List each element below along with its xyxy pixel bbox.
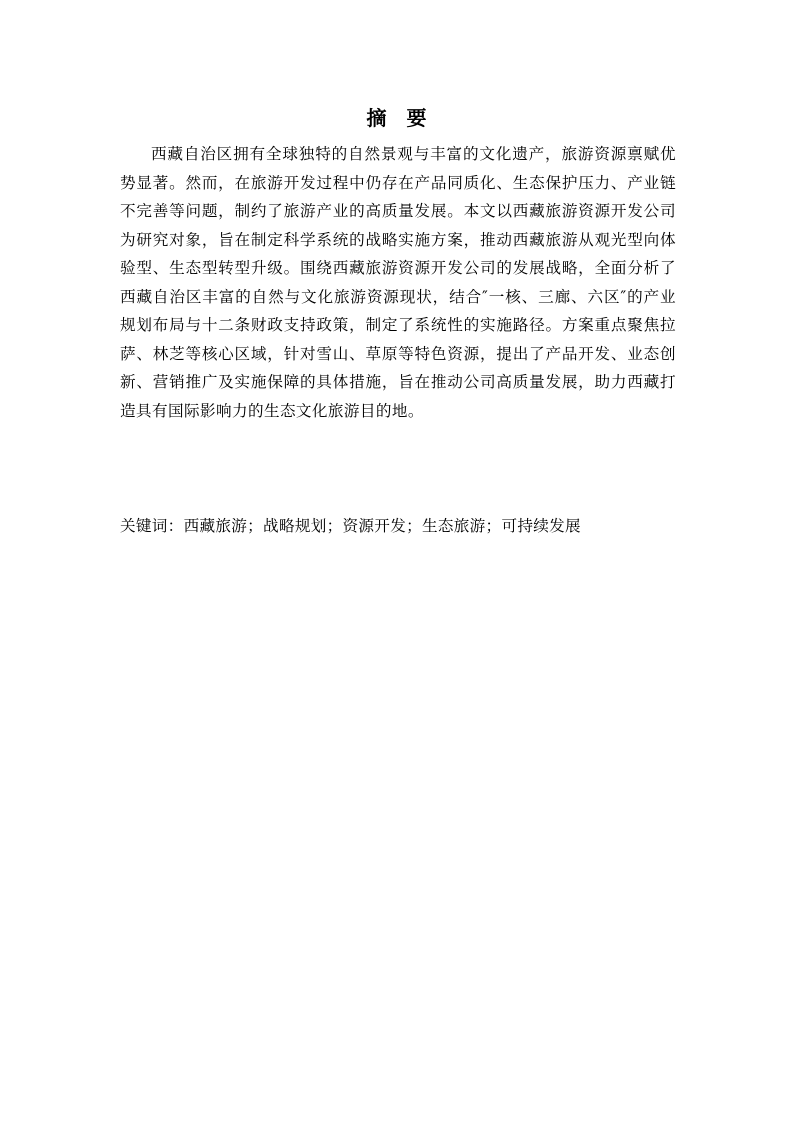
title-char-1: 摘 xyxy=(367,106,387,130)
document-page: 摘要 西藏自治区拥有全球独特的自然景观与丰富的文化遗产，旅游资源禀赋优势显著。然… xyxy=(0,0,793,1122)
abstract-body: 西藏自治区拥有全球独特的自然景观与丰富的文化遗产，旅游资源禀赋优势显著。然而，在… xyxy=(120,140,676,425)
abstract-title: 摘要 xyxy=(0,104,793,132)
keywords-line: 关键词：西藏旅游；战略规划；资源开发；生态旅游；可持续发展 xyxy=(120,514,680,538)
title-char-2: 要 xyxy=(407,106,427,130)
